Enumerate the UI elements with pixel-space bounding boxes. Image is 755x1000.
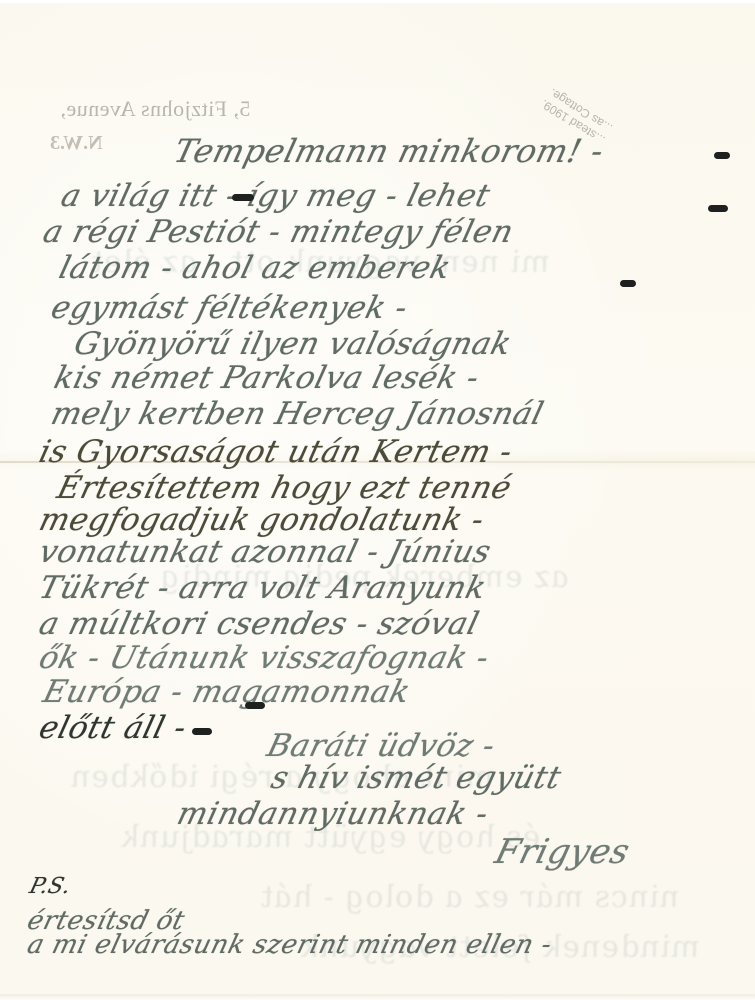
body-line: Értesítettem hogy ezt tenné <box>54 470 516 506</box>
ink-dash <box>245 702 265 709</box>
body-line: kis német Parkolva lesék - <box>51 360 483 396</box>
letterhead-postcode: N.W.3 <box>50 132 103 155</box>
page-bottom-edge <box>0 994 755 1000</box>
body-line: látom - ahol az emberek <box>56 250 455 286</box>
body-line: Tükrét - arra volt Aranyunk <box>36 570 490 606</box>
letter-page: 5, Fitzjohns Avenue, N.W.3 ...stead 1909… <box>0 0 755 1000</box>
ink-dash <box>714 152 730 159</box>
ink-dash <box>620 280 636 287</box>
ink-dash <box>708 205 728 212</box>
body-line: a múltkori csendes - szóval <box>36 606 483 642</box>
body-line: a világ itt - így meg - lehet <box>58 178 494 214</box>
body-line: mely kertben Herceg Jánosnál <box>48 396 548 432</box>
body-line: Európa - magamonnak <box>40 674 415 710</box>
body-line: is Gyorsaságot után Kertem - <box>36 434 517 470</box>
body-line: vonatunkat azonnal - Június <box>36 534 495 570</box>
body-line: Gyönyörű ilyen valóságnak <box>71 326 516 362</box>
letterhead-street: 5, Fitzjohns Avenue, <box>60 96 250 122</box>
closing-line: s hív ismét együtt <box>268 760 565 796</box>
body-line: a régi Pestiót - mintegy félen <box>40 214 518 250</box>
bleed-through-line: nincs már ez a dolog - hát <box>256 880 683 915</box>
ink-dash <box>192 728 212 735</box>
body-line: egymást féltékenyek - <box>48 290 412 326</box>
ink-dash <box>232 194 254 201</box>
page-top-edge <box>0 0 755 3</box>
postscript-label: P.S. <box>27 874 74 899</box>
body-line: előtt áll - <box>36 710 191 746</box>
signature: Frigyes <box>491 832 634 872</box>
closing-line: Baráti üdvöz - <box>264 728 499 764</box>
closing-line: mindannyiunknak - <box>174 796 493 832</box>
postscript-line: a mi elvárásunk szerint minden ellen - <box>24 930 555 960</box>
body-line: Tempelmann minkorom! - <box>170 132 608 170</box>
body-line: ők - Utánunk visszafognak - <box>36 640 493 676</box>
body-line: megfogadjuk gondolatunk - <box>36 502 488 538</box>
